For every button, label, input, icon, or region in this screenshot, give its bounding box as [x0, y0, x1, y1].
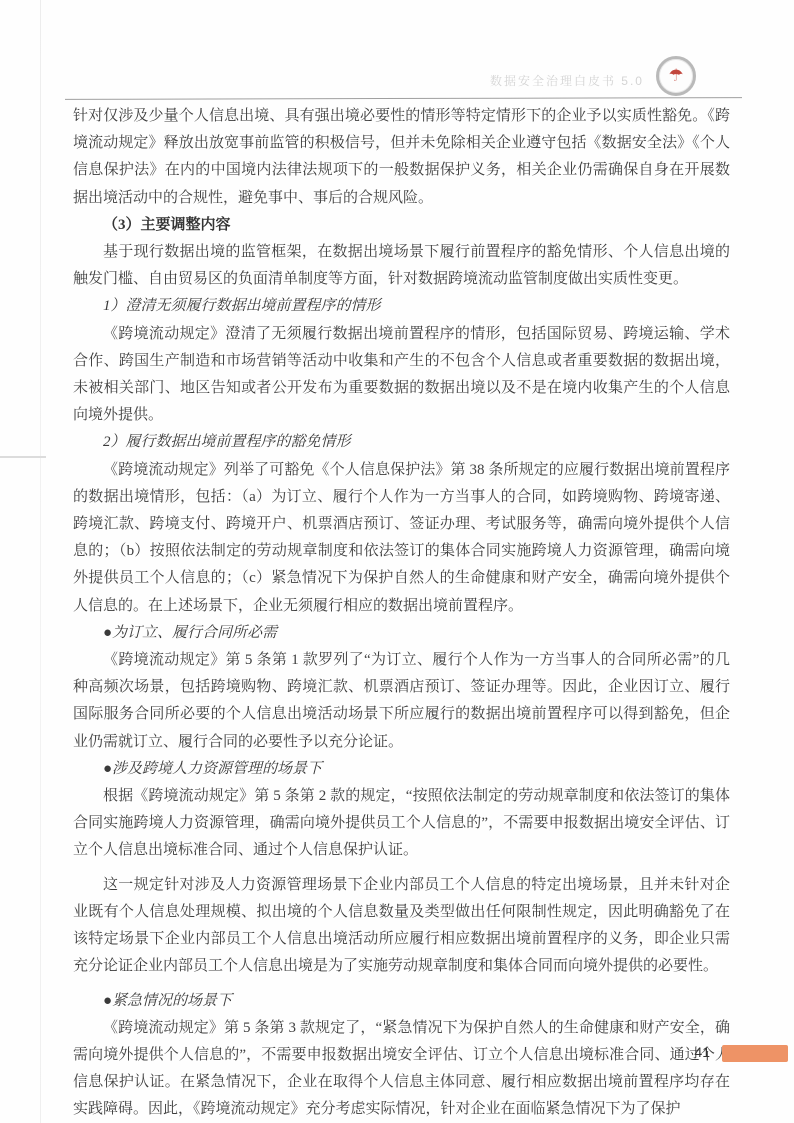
paragraph: 《跨境流动规定》列举了可豁免《个人信息保护法》第 38 条所规定的应履行数据出境…: [73, 457, 730, 620]
paragraph: 这一规定针对涉及人力资源管理场景下企业内部员工个人信息的特定出境场景，且并未针对…: [73, 872, 730, 981]
page-header: 数据安全治理白皮书 5.0 ☂: [64, 56, 744, 100]
umbrella-logo-icon: ☂: [656, 56, 696, 96]
document-page: 数据安全治理白皮书 5.0 ☂ 针对仅涉及少量个人信息出境、具有强出境必要性的情…: [0, 0, 794, 1123]
paragraph: 《跨境流动规定》第 5 条第 1 款罗列了“为订立、履行个人作为一方当事人的合同…: [73, 647, 730, 756]
document-body: 针对仅涉及少量个人信息出境、具有强出境必要性的情形等特定情形下的企业予以实质性豁…: [73, 103, 730, 1123]
scan-artifact-line: [40, 0, 41, 1123]
scan-artifact-dash: [0, 456, 46, 458]
sub-heading: 1）澄清无须履行数据出境前置程序的情形: [73, 293, 730, 320]
sub-heading: 2）履行数据出境前置程序的豁免情形: [73, 429, 730, 456]
paragraph: 根据《跨境流动规定》第 5 条第 2 款的规定，“按照依法制定的劳动规章制度和依…: [73, 783, 730, 865]
header-title: 数据安全治理白皮书 5.0: [490, 72, 644, 89]
paragraph: 《跨境流动规定》第 5 条第 3 款规定了，“紧急情况下为保护自然人的生命健康和…: [73, 1015, 730, 1123]
bullet-heading: ●紧急情况的场景下: [73, 988, 730, 1015]
bullet-heading: ●为订立、履行合同所必需: [73, 620, 730, 647]
page-number: 41: [694, 1044, 710, 1060]
paragraph: 针对仅涉及少量个人信息出境、具有强出境必要性的情形等特定情形下的企业予以实质性豁…: [73, 103, 730, 212]
paragraph: 基于现行数据出境的监管框架，在数据出境场景下履行前置程序的豁免情形、个人信息出境…: [73, 239, 730, 293]
umbrella-glyph: ☂: [668, 68, 683, 85]
paragraph: 《跨境流动规定》澄清了无须履行数据出境前置程序的情形，包括国际贸易、跨境运输、学…: [73, 321, 730, 430]
bullet-heading: ●涉及跨境人力资源管理的场景下: [73, 756, 730, 783]
section-heading: （3）主要调整内容: [73, 212, 730, 239]
footer-accent-bar: [722, 1045, 788, 1062]
